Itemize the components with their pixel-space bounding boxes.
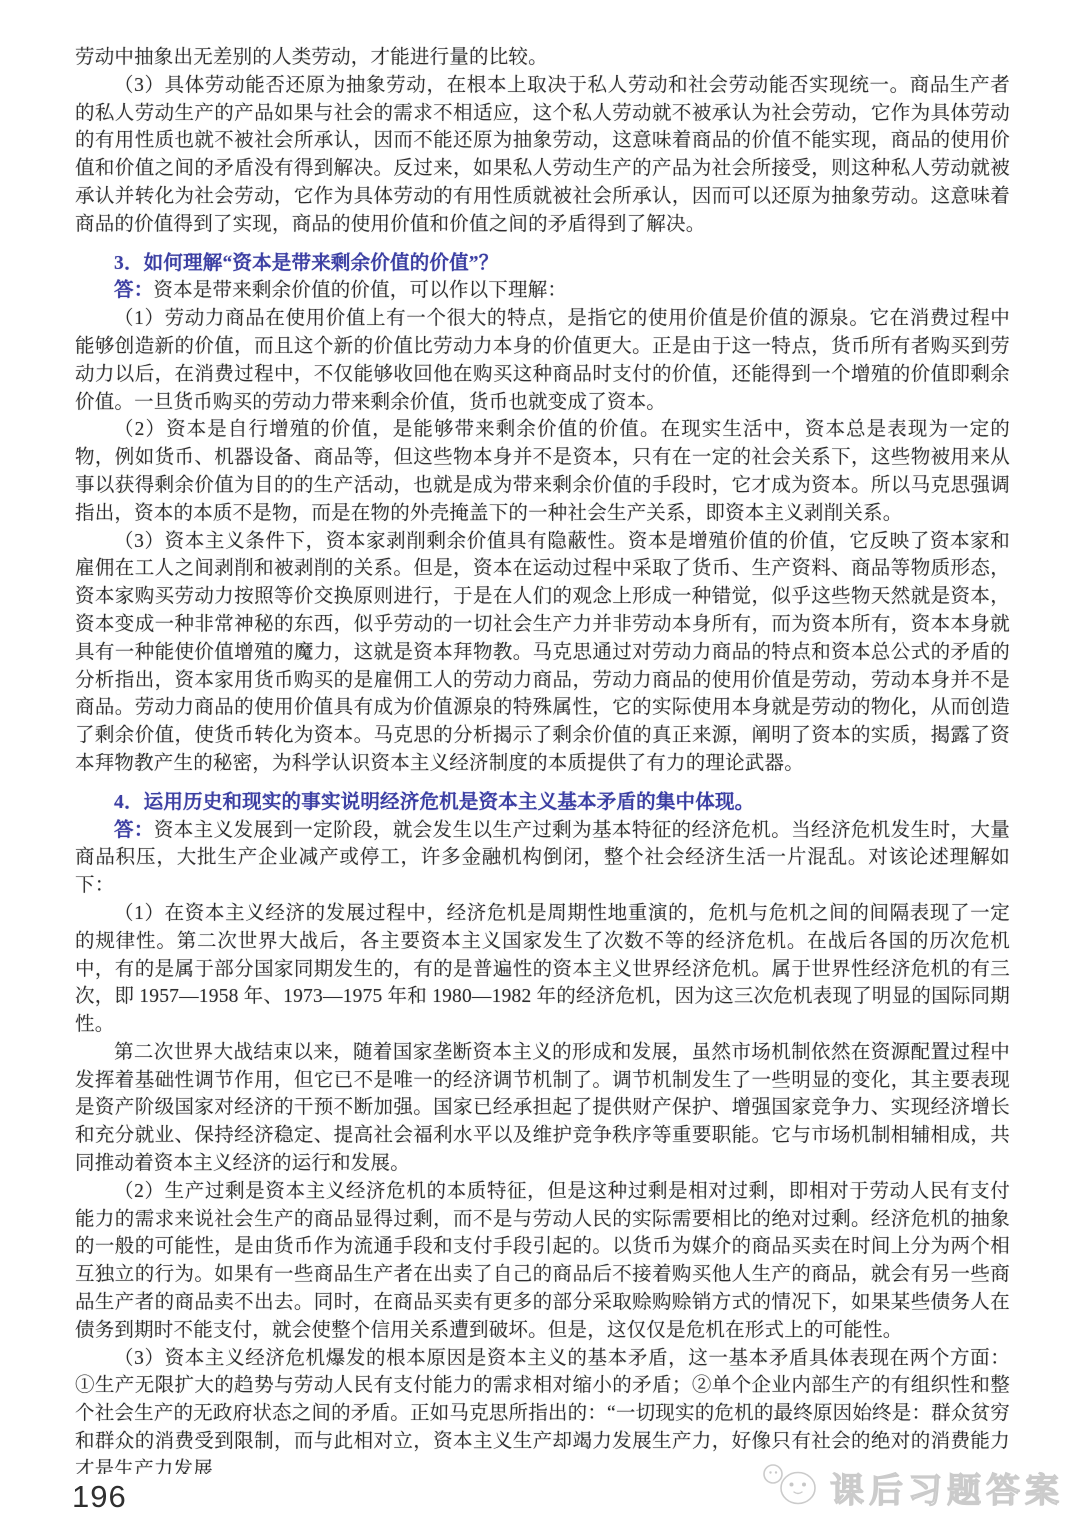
answer-lead-text: 资本主义发展到一定阶段，就会发生以生产过剩为基本特征的经济危机。当经济危机发生时… bbox=[75, 820, 1010, 897]
q4-point-1: （1）在资本主义经济的发展过程中，经济危机是周期性地重演的，危机与危机之间的间隔… bbox=[75, 900, 1010, 1039]
answer-prefix-label: 答： bbox=[114, 280, 153, 301]
question-4-answer-lead: 答：资本主义发展到一定阶段，就会发生以生产过剩为基本特征的经济危机。当经济危机发… bbox=[75, 817, 1010, 900]
answer-lead-text: 资本是带来剩余价值的价值，可以作以下理解： bbox=[153, 280, 567, 301]
intro-continuation-line: 劳动中抽象出无差别的人类劳动，才能进行量的比较。 bbox=[75, 44, 1010, 72]
q4-point-3: （3）资本主义经济危机爆发的根本原因是资本主义的基本矛盾，这一基本矛盾具体表现在… bbox=[75, 1345, 1010, 1474]
q4-postwar-paragraph: 第二次世界大战结束以来，随着国家垄断资本主义的形成和发展，虽然市场机制依然在资源… bbox=[75, 1039, 1010, 1178]
watermark-label: 课后习题答案 bbox=[830, 1463, 1064, 1512]
paragraph-concrete-labor: （3）具体劳动能否还原为抽象劳动，在根本上取决于私人劳动和社会劳动能否实现统一。… bbox=[75, 72, 1010, 239]
page-number: 196 bbox=[72, 1481, 127, 1512]
mascot-chat-logo-icon bbox=[760, 1459, 824, 1516]
watermark: 课后习题答案 bbox=[760, 1459, 1064, 1516]
q3-point-3: （3）资本主义条件下，资本家剥削剩余价值具有隐蔽性。资本是增殖价值的价值，它反映… bbox=[75, 528, 1010, 778]
question-3-heading: 3．如何理解“资本是带来剩余价值的价值”？ bbox=[75, 250, 1010, 278]
question-4-heading: 4．运用历史和现实的事实说明经济危机是资本主义基本矛盾的集中体现。 bbox=[75, 789, 1010, 817]
q3-point-2: （2）资本是自行增殖的价值，是能够带来剩余价值的价值。在现实生活中，资本总是表现… bbox=[75, 416, 1010, 527]
q3-point-1: （1）劳动力商品在使用价值上有一个很大的特点，是指它的使用价值是价值的源泉。它在… bbox=[75, 305, 1010, 416]
document-text: 劳动中抽象出无差别的人类劳动，才能进行量的比较。 （3）具体劳动能否还原为抽象劳… bbox=[75, 44, 1010, 1474]
question-3-answer-lead: 答：资本是带来剩余价值的价值，可以作以下理解： bbox=[75, 277, 1010, 305]
scanned-document-page: 劳动中抽象出无差别的人类劳动，才能进行量的比较。 （3）具体劳动能否还原为抽象劳… bbox=[0, 0, 1080, 1528]
answer-prefix-label: 答： bbox=[114, 820, 154, 841]
q4-point-2: （2）生产过剩是资本主义经济危机的本质特征，但是这种过剩是相对过剩，即相对于劳动… bbox=[75, 1178, 1010, 1345]
